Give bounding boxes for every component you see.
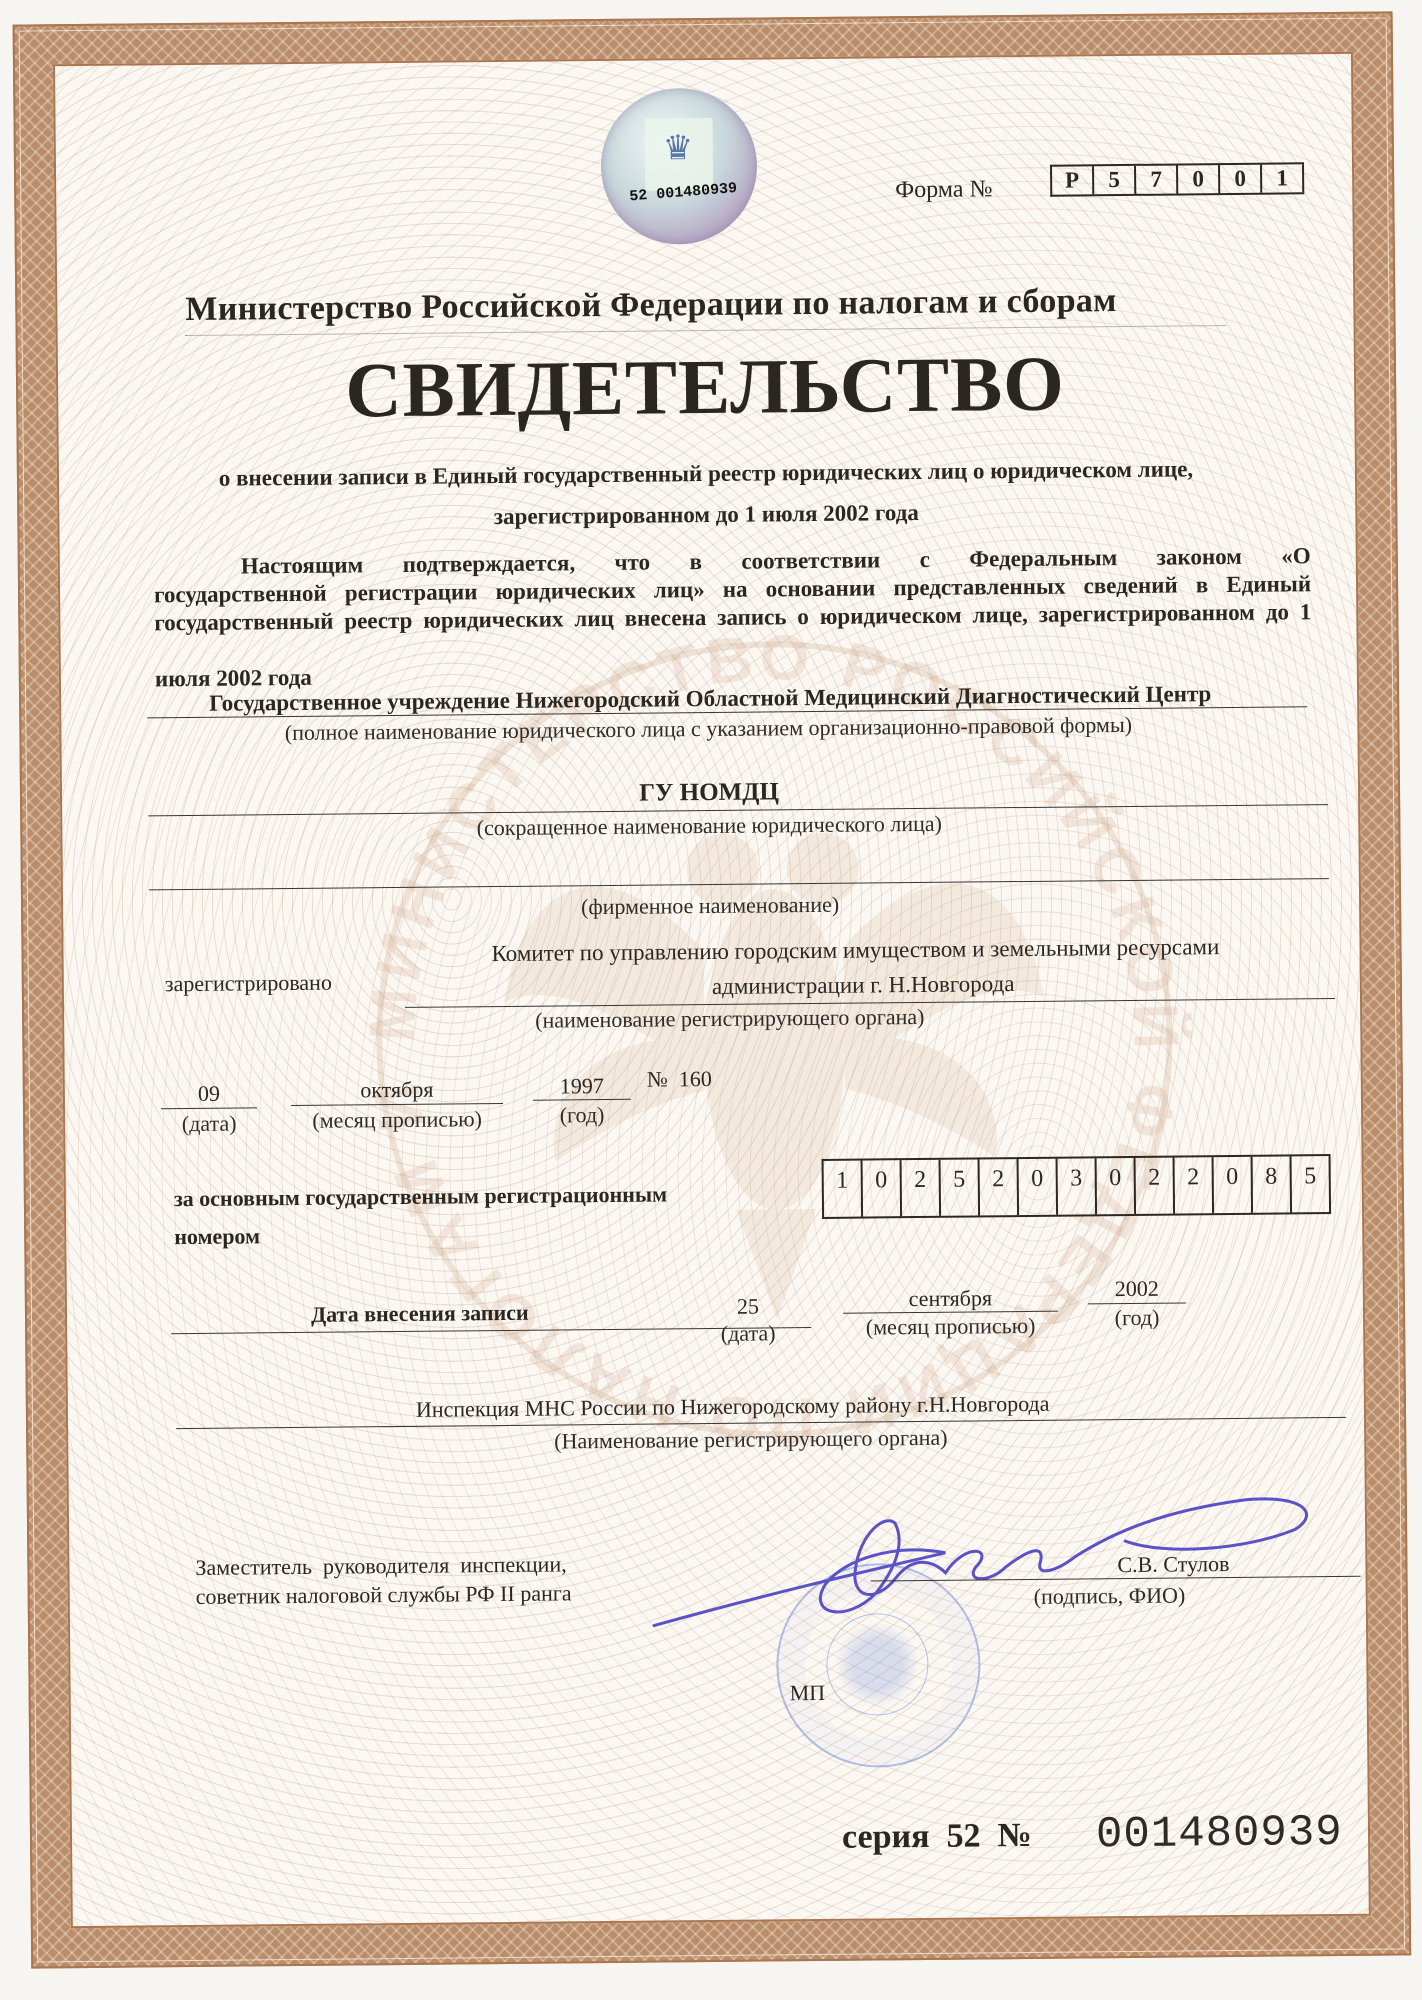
registration-year: 1997: [533, 1075, 631, 1098]
registration-month-caption: (месяц прописью): [291, 1108, 503, 1132]
entry-day: 25: [703, 1295, 793, 1318]
ogrn-boxes: 1 0 2 5 2 0 3 0 2 2 0 8 5: [822, 1154, 1332, 1219]
registered-label: зарегистрировано: [165, 972, 332, 996]
inspection-name: Инспекция МНС России по Нижегородскому р…: [416, 1393, 1050, 1421]
registration-number: № 160: [647, 1068, 712, 1091]
entry-month-caption: (месяц прописью): [843, 1315, 1058, 1339]
ogrn-digit: 3: [1058, 1158, 1098, 1214]
inspection-caption: (Наименование регистрирующего органа): [554, 1427, 948, 1453]
form-code-cell: 0: [1220, 165, 1262, 193]
registering-authority-caption: (наименование регистрирующего органа): [535, 1006, 924, 1032]
entry-year-caption: (год): [1088, 1306, 1186, 1329]
ogrn-label-line-2: номером: [174, 1225, 260, 1248]
form-code-cell: Р: [1052, 166, 1094, 194]
serial-label: серия 52 №: [842, 1819, 1032, 1855]
entry-year: 2002: [1088, 1277, 1186, 1300]
ogrn-digit: 1: [824, 1161, 864, 1217]
registration-day-caption: (дата): [161, 1112, 257, 1135]
ogrn-digit: 5: [1292, 1156, 1332, 1212]
signatory-position-line-2: советник налоговой службы РФ II ранга: [196, 1582, 572, 1608]
ogrn-digit: 0: [1214, 1157, 1254, 1213]
entry-month: сентября: [843, 1287, 1058, 1311]
form-label: Форма №: [895, 177, 992, 202]
ogrn-digit: 0: [863, 1160, 903, 1216]
document-title: СВИДЕТЕЛЬСТВО: [0, 341, 1416, 433]
form-code-cell: 1: [1262, 164, 1304, 192]
ogrn-digit: 0: [1097, 1158, 1137, 1214]
entry-day-caption: (дата): [703, 1322, 793, 1345]
registration-year-caption: (год): [533, 1104, 631, 1127]
registration-day: 09: [161, 1082, 257, 1105]
seal-label: МП: [790, 1682, 826, 1704]
signatory-caption: (подпись, ФИО): [1034, 1584, 1186, 1607]
ogrn-digit: 8: [1253, 1156, 1293, 1212]
double-headed-eagle-icon: ♛: [663, 128, 694, 168]
form-code-cell: 7: [1136, 165, 1178, 193]
paragraph-line-4: июля 2002 года: [155, 666, 312, 691]
hologram-seal: ♛ 52 001480939: [600, 88, 757, 245]
form-code-boxes: Р 5 7 0 0 1: [1050, 162, 1304, 196]
signatory-position-line-1: Заместитель руководителя инспекции,: [195, 1553, 566, 1579]
entry-date-label: Дата внесения записи: [311, 1302, 529, 1326]
serial-number: 001480939: [1096, 1811, 1343, 1857]
ogrn-digit: 2: [902, 1160, 942, 1216]
ogrn-digit: 5: [941, 1159, 981, 1215]
ogrn-digit: 2: [1136, 1158, 1176, 1214]
ogrn-digit: 2: [1175, 1157, 1215, 1213]
registration-month: октября: [291, 1078, 503, 1102]
form-code-cell: 0: [1178, 165, 1220, 193]
certificate-sheet: МИНИСТЕРСТВО РОССИЙСКОЙ ФЕДЕРАЦИИ ПО НАЛ…: [0, 0, 1422, 2000]
ogrn-label-line-1: за основным государственным регистрацион…: [174, 1183, 667, 1210]
registering-authority-line-2: администрации г. Н.Новгорода: [712, 972, 1015, 998]
ogrn-digit: 2: [980, 1159, 1020, 1215]
form-code-cell: 5: [1094, 166, 1136, 194]
signatory-name: С.В. Стулов: [1117, 1553, 1229, 1576]
ogrn-digit: 0: [1019, 1159, 1059, 1215]
